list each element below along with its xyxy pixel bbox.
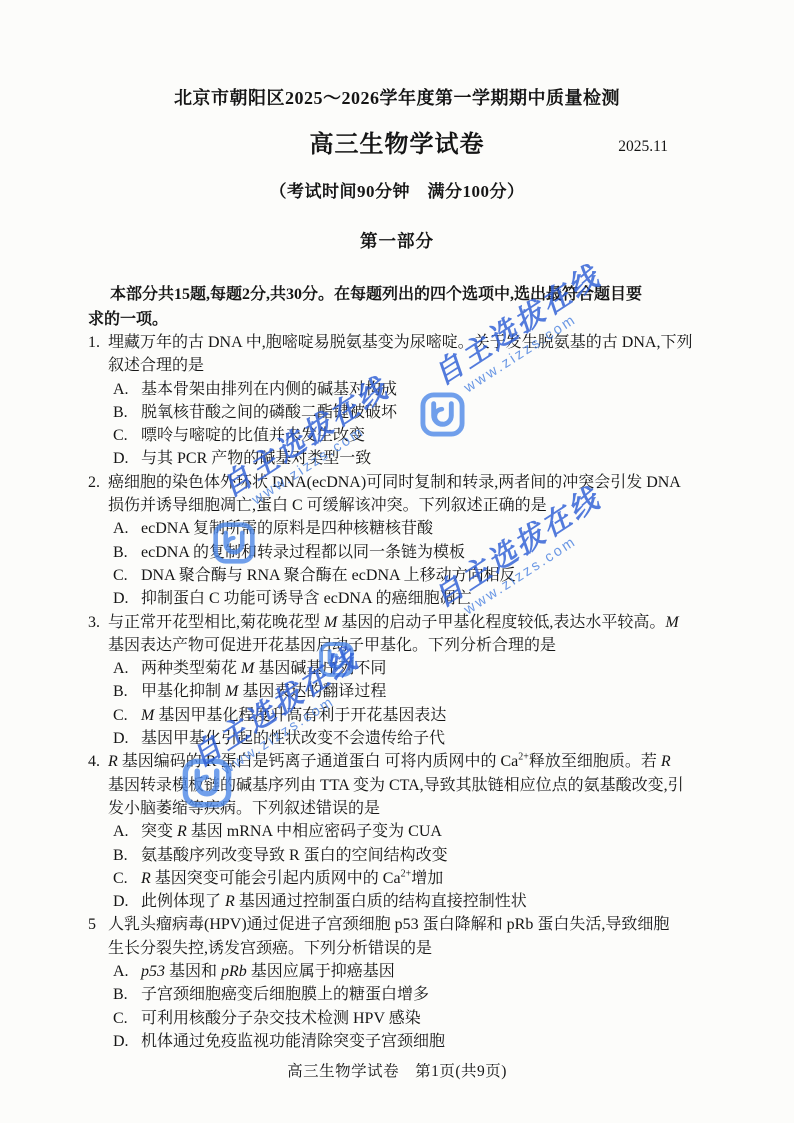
option-text: R 基因突变可能会引起内质网中的 Ca2+增加 [141,870,443,887]
option-row: D.机体通过免疫监视功能清除突变子宫颈细胞 [108,1030,712,1053]
option-row: B.ecDNA 的复制和转录过程都以同一条链为模板 [108,541,712,564]
option-letter: D. [113,447,141,470]
option-row: B.脱氧核苷酸之间的磷酸二酯键被破坏 [108,401,712,424]
stem-line: 人乳头瘤病毒(HPV)通过促进子宫颈细胞 p53 蛋白降解和 pRb 蛋白失活,… [108,913,712,936]
option-letter: D. [113,587,141,610]
stem-line: 埋藏万年的古 DNA 中,胞嘧啶易脱氨基变为尿嘧啶。关于发生脱氨基的古 DNA,… [108,331,712,354]
option-letter: B. [113,541,141,564]
stem-line: 发小脑萎缩等疾病。下列叙述错误的是 [108,797,712,820]
option-text: 嘌呤与嘧啶的比值并未发生改变 [141,427,365,444]
stem-line: 损伤并诱导细胞凋亡,蛋白 C 可缓解该冲突。下列叙述正确的是 [108,494,712,517]
question-5: 5 人乳头瘤病毒(HPV)通过促进子宫颈细胞 p53 蛋白降解和 pRb 蛋白失… [88,913,712,1053]
question-number: 1. [88,331,100,354]
option-text: 机体通过免疫监视功能清除突变子宫颈细胞 [141,1033,445,1050]
page-footer: 高三生物学试卷 第1页(共9页) [0,1059,794,1081]
option-text: 基因甲基化引起的性状改变不会遗传给子代 [141,730,445,747]
stem-line: 与正常开花型相比,菊花晚花型 M 基因的启动子甲基化程度较低,表达水平较高。M [108,611,712,634]
option-letter: C. [113,424,141,447]
question-1: 1. 埋藏万年的古 DNA 中,胞嘧啶易脱氨基变为尿嘧啶。关于发生脱氨基的古 D… [88,331,712,471]
option-letter: A. [113,960,141,983]
option-text: M 基因甲基化程度升高有利于开花基因表达 [141,707,446,724]
option-text: 基本骨架由排列在内侧的碱基对构成 [141,381,397,398]
option-letter: D. [113,727,141,750]
option-text: 与其 PCR 产物的碱基对类型一致 [141,450,371,467]
option-row: A.ecDNA 复制所需的原料是四种核糖核苷酸 [108,517,712,540]
option-row: A.两种类型菊花 M 基因碱基序列不同 [108,657,712,680]
option-letter: B. [113,401,141,424]
option-text: ecDNA 复制所需的原料是四种核糖核苷酸 [141,520,433,537]
option-row: B.子宫颈细胞癌变后细胞膜上的糖蛋白增多 [108,983,712,1006]
stem-line: 基因表达产物可促进开花基因启动子甲基化。下列分析合理的是 [108,634,712,657]
paper-title: 高三生物学试卷 [0,124,794,159]
option-text: ecDNA 的复制和转录过程都以同一条链为模板 [141,544,465,561]
option-text: 甲基化抑制 M 基因表达的翻译过程 [141,683,386,700]
exam-page: 北京市朝阳区2025～2026学年度第一学期期中质量检测 高三生物学试卷 202… [0,0,794,1123]
option-text: 氨基酸序列改变导致 R 蛋白的空间结构改变 [141,847,448,864]
option-row: C.可利用核酸分子杂交技术检测 HPV 感染 [108,1007,712,1030]
option-row: C.嘌呤与嘧啶的比值并未发生改变 [108,424,712,447]
stem-line: 基因转录模板链的碱基序列由 TTA 变为 CTA,导致其肽链相应位点的氨基酸改变… [108,774,712,797]
option-letter: C. [113,564,141,587]
option-row: D.此例体现了 R 基因通过控制蛋白质的结构直接控制性状 [108,890,712,913]
option-letter: C. [113,867,141,890]
option-row: A.基本骨架由排列在内侧的碱基对构成 [108,378,712,401]
stem-line: 生长分裂失控,诱发宫颈癌。下列分析错误的是 [108,937,712,960]
option-letter: B. [113,680,141,703]
option-text: 此例体现了 R 基因通过控制蛋白质的结构直接控制性状 [141,893,527,910]
option-letter: A. [113,820,141,843]
option-row: D.与其 PCR 产物的碱基对类型一致 [108,447,712,470]
option-row: D.抑制蛋白 C 功能可诱导含 ecDNA 的癌细胞凋亡 [108,587,712,610]
question-number: 3. [88,611,100,634]
question-number: 2. [88,471,100,494]
option-row: C.R 基因突变可能会引起内质网中的 Ca2+增加 [108,867,712,890]
option-row: C.DNA 聚合酶与 RNA 聚合酶在 ecDNA 上移动方向相反 [108,564,712,587]
stem-line: R 基因编码的 R 蛋白是钙离子通道蛋白 可将内质网中的 Ca2+释放至细胞质。… [108,750,712,773]
option-letter: C. [113,1007,141,1030]
option-row: C.M 基因甲基化程度升高有利于开花基因表达 [108,704,712,727]
stem-line: 癌细胞的染色体外环状 DNA(ecDNA)可同时复制和转录,两者间的冲突会引发 … [108,471,712,494]
option-row: A.突变 R 基因 mRNA 中相应密码子变为 CUA [108,820,712,843]
section-title: 第一部分 [0,228,794,253]
question-3: 3. 与正常开花型相比,菊花晚花型 M 基因的启动子甲基化程度较低,表达水平较高… [88,611,712,751]
option-row: B.甲基化抑制 M 基因表达的翻译过程 [108,680,712,703]
option-text: 脱氧核苷酸之间的磷酸二酯键被破坏 [141,404,397,421]
option-letter: B. [113,983,141,1006]
session-title: 北京市朝阳区2025～2026学年度第一学期期中质量检测 [0,84,794,110]
option-text: 可利用核酸分子杂交技术检测 HPV 感染 [141,1010,421,1027]
question-number: 4. [88,750,100,773]
option-row: A.p53 基因和 pRb 基因应属于抑癌基因 [108,960,712,983]
intro-line: 求的一项。 [88,308,712,333]
exam-date: 2025.11 [618,138,668,156]
option-text: 抑制蛋白 C 功能可诱导含 ecDNA 的癌细胞凋亡 [141,590,472,607]
intro-paragraph: 本部分共15题,每题2分,共30分。在每题列出的四个选项中,选出最符合题目要 求… [88,283,712,332]
option-letter: A. [113,517,141,540]
option-text: 两种类型菊花 M 基因碱基序列不同 [141,660,386,677]
question-2: 2. 癌细胞的染色体外环状 DNA(ecDNA)可同时复制和转录,两者间的冲突会… [88,471,712,611]
option-text: 子宫颈细胞癌变后细胞膜上的糖蛋白增多 [141,986,429,1003]
option-letter: D. [113,1030,141,1053]
question-4: 4. R 基因编码的 R 蛋白是钙离子通道蛋白 可将内质网中的 Ca2+释放至细… [88,750,712,913]
option-letter: B. [113,844,141,867]
option-row: D.基因甲基化引起的性状改变不会遗传给子代 [108,727,712,750]
option-letter: D. [113,890,141,913]
option-letter: A. [113,657,141,680]
option-text: 突变 R 基因 mRNA 中相应密码子变为 CUA [141,823,442,840]
intro-line: 本部分共15题,每题2分,共30分。在每题列出的四个选项中,选出最符合题目要 [88,283,712,308]
option-row: B.氨基酸序列改变导致 R 蛋白的空间结构改变 [108,844,712,867]
question-list: 1. 埋藏万年的古 DNA 中,胞嘧啶易脱氨基变为尿嘧啶。关于发生脱氨基的古 D… [88,331,712,1053]
option-letter: A. [113,378,141,401]
option-letter: C. [113,704,141,727]
exam-info: （考试时间90分钟 满分100分） [0,177,794,202]
option-text: p53 基因和 pRb 基因应属于抑癌基因 [141,963,395,980]
stem-line: 叙述合理的是 [108,354,712,377]
option-text: DNA 聚合酶与 RNA 聚合酶在 ecDNA 上移动方向相反 [141,567,516,584]
question-number: 5 [88,913,96,936]
